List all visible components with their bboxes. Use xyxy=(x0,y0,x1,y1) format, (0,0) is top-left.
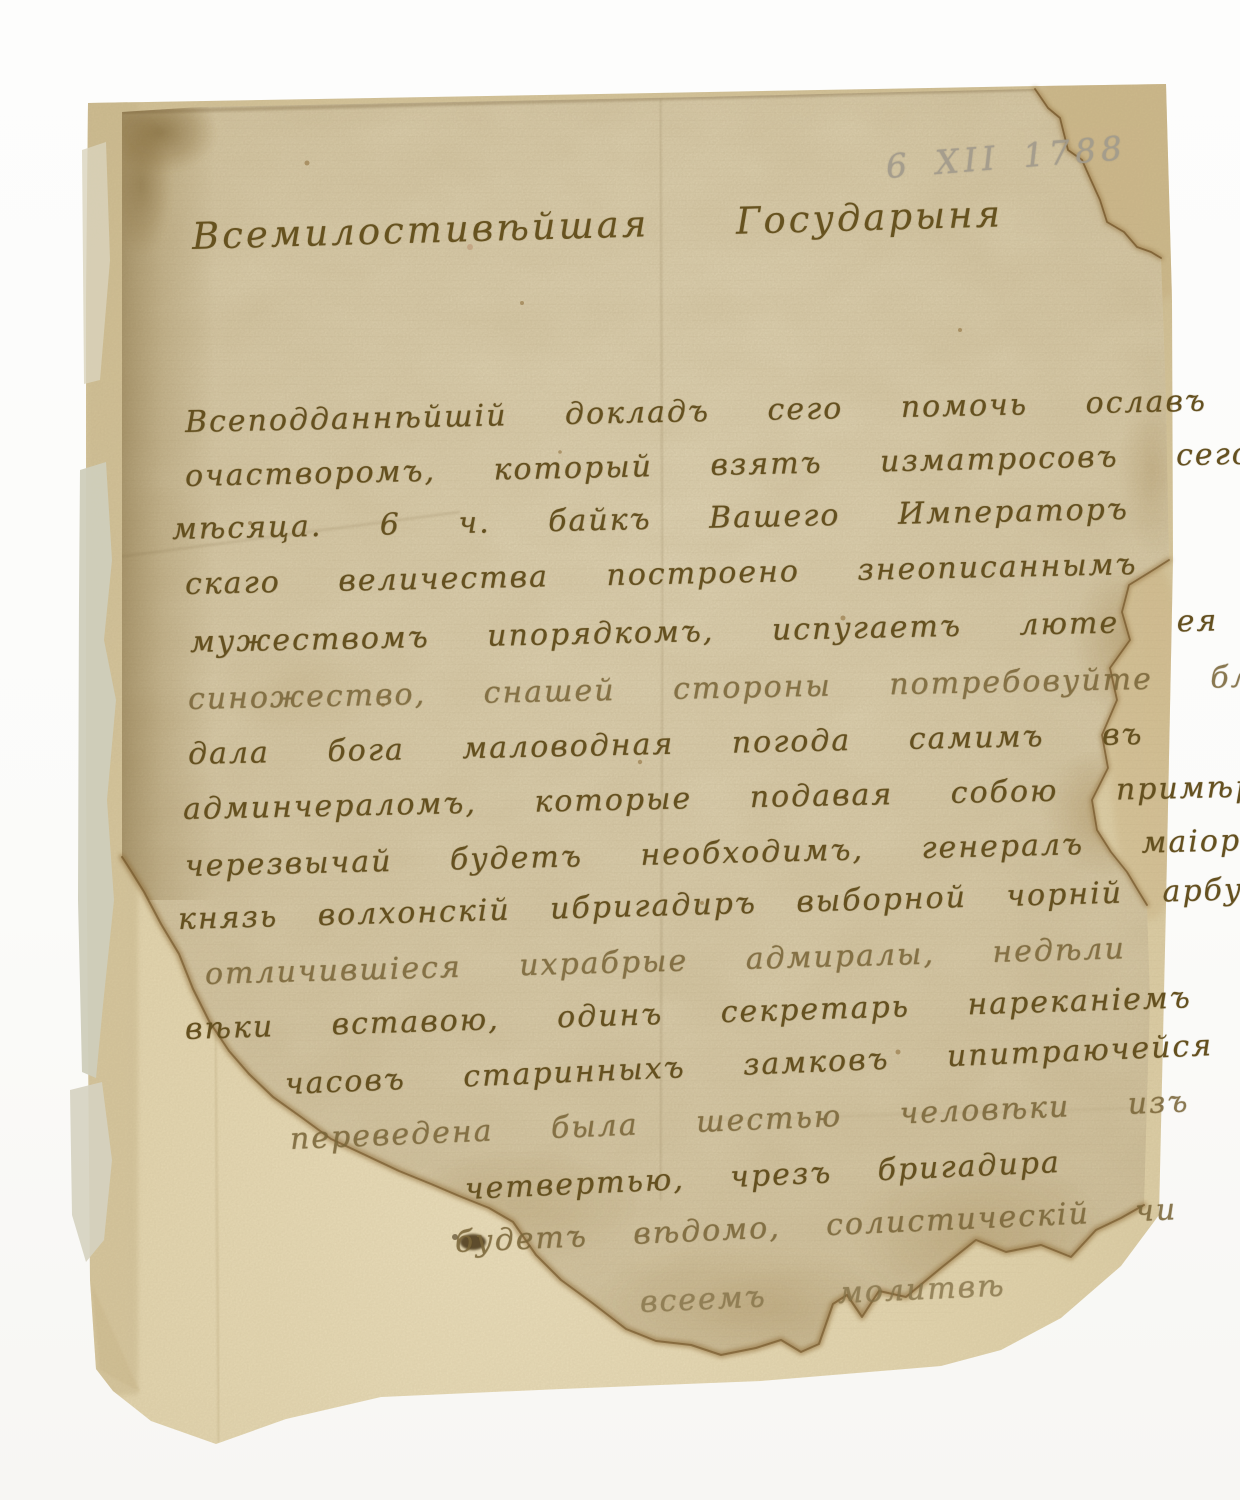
mid-stain xyxy=(210,645,390,735)
document-photo: 6 XII 1788 Всемилостивѣйшая Государыня В… xyxy=(0,0,1240,1500)
right-stain xyxy=(1120,385,1184,555)
manuscript-artwork xyxy=(0,0,1240,1500)
